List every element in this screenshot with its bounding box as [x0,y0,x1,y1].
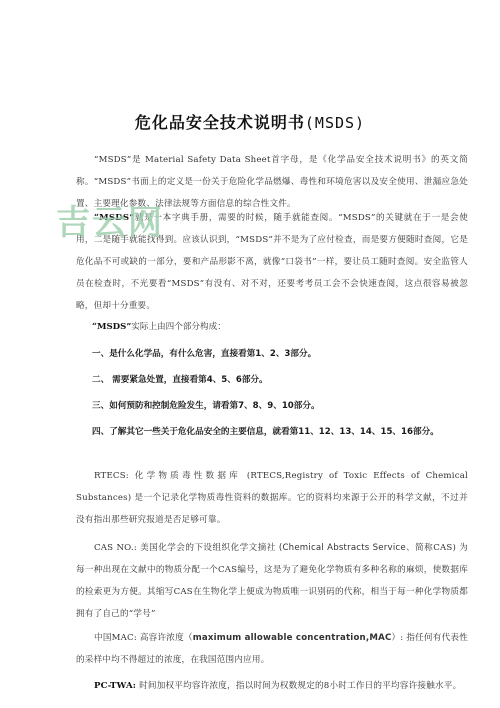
pctwa-label: PC-TWA: [94,681,136,691]
title-latin: (MSDS) [305,114,365,132]
part-item-4: 四、了解其它一些关于危化品安全的主要信息，就看第11、12、13、14、15、1… [92,425,439,437]
intro-paragraph-1-text: “MSDS”是 Material Safety Data Sheet首字母，是《… [76,155,468,209]
mac-lead: 中国MAC: 高容许浓度（ [94,633,193,643]
pctwa-text: 时间加权平均容许浓度，指以时间为权数规定的8小时工作日的平均容许接触水平。 [136,681,461,691]
part-item-1: 一、是什么化学品，有什么危害，直接看第1、2、3部分。 [92,347,316,359]
part-item-2: 二、 需要紧急处置，直接看第4、5、6部分。 [92,373,268,385]
glossary-mac: 中国MAC: 高容许浓度（maximum allowable concentra… [76,627,468,671]
parts-lead: “MSDS”实际上由四个部分构成： [92,320,226,332]
glossary-cas: CAS NO.: 美国化学会的下设组织化学文摘社 (Chemical Abstr… [76,537,468,625]
document-page: 危化品安全技术说明书(MSDS) “MSDS”是 Material Safety… [0,0,500,708]
glossary-pctwa: PC-TWA: 时间加权平均容许浓度，指以时间为权数规定的8小时工作日的平均容许… [76,675,468,697]
mac-english: maximum allowable concentration,MAC [193,633,392,643]
parts-lead-term: “MSDS” [92,322,131,332]
cas-lead: CAS NO.: 美国化学会的下设组织化学文摘社 [94,543,279,553]
document-title: 危化品安全技术说明书(MSDS) [0,110,500,133]
watermark-logo: 吉云网 [56,206,164,240]
parts-lead-text: 实际上由四个部分构成： [131,322,226,332]
glossary-rtecs: RTECS: 化学物质毒性数据库 (RTECS,Registry of Toxi… [76,465,468,531]
title-chinese: 危化品安全技术说明书 [135,113,305,132]
cas-english: (Chemical Abstracts Service [279,543,406,553]
cas-rest: 、简称CAS) 为每一种出现在文献中的物质分配一个CAS编号，这是为了避免化学物… [76,543,468,619]
part-item-3: 三、如何预防和控制危险发生，请看第7、8、9、10部分。 [92,399,320,411]
rtecs-text: RTECS: 化学物质毒性数据库 (RTECS,Registry of Toxi… [76,471,468,525]
